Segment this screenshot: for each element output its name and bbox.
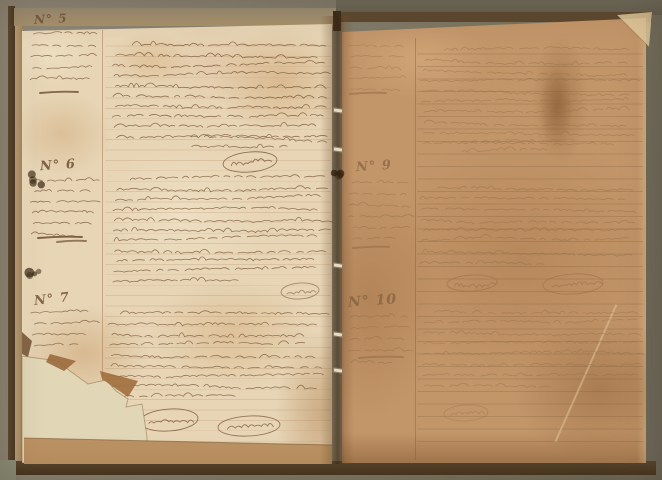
left-cover-edge: [8, 6, 15, 474]
left-cover-band: [15, 9, 23, 471]
entry-number-9: N° 9: [356, 158, 393, 175]
entry-number-6: N° 6: [40, 157, 77, 174]
entry-number-5: N° 5: [34, 11, 68, 27]
table-surface-corner: [0, 460, 16, 480]
right-page: [342, 18, 646, 463]
entry-number-10: N° 10: [348, 291, 398, 310]
right-page-ruled-lines: [417, 42, 643, 452]
binding-gutter-shadow: [320, 16, 354, 464]
left-page-margin-rule: [102, 30, 103, 442]
right-page-margin-rule: [415, 38, 416, 460]
left-page-ruled-lines: [105, 36, 331, 446]
left-page: [22, 24, 332, 462]
scanned-register-spread: N° 5 N° 6 N° 7 N° 9 N° 10: [0, 0, 662, 480]
